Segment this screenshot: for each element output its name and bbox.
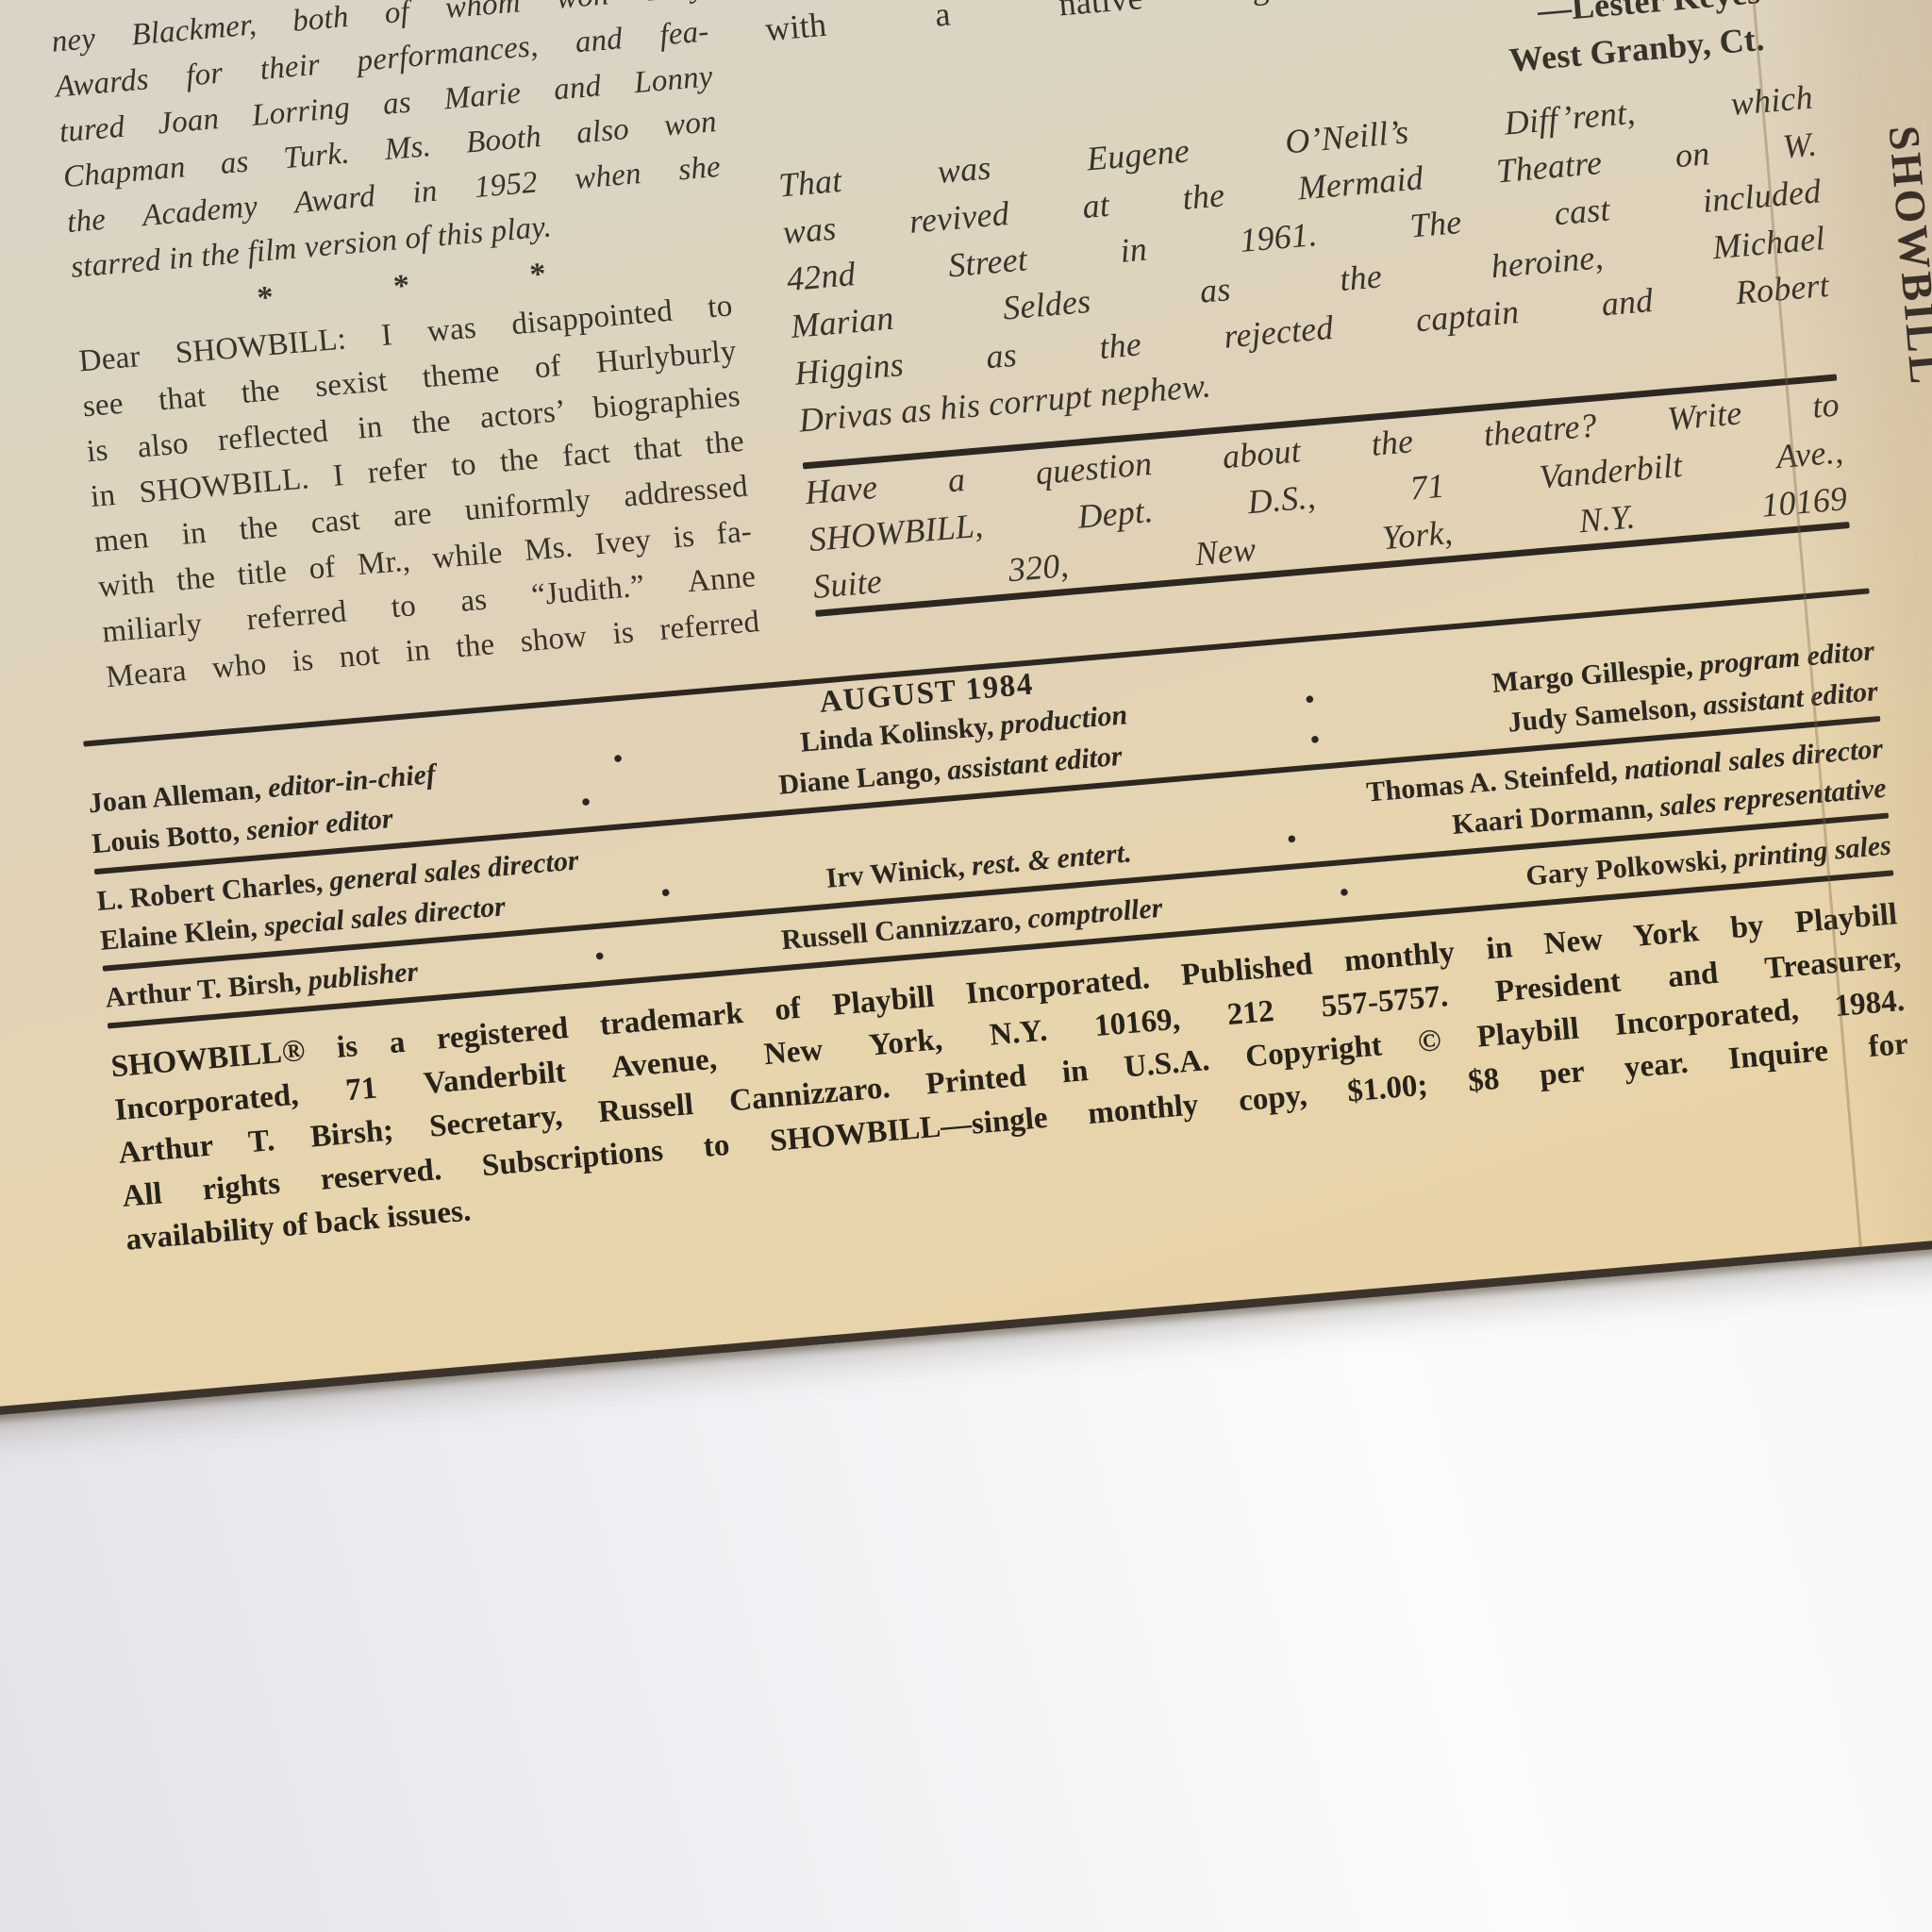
bullet-separator: • (579, 783, 591, 824)
bullet-separator: • (1338, 874, 1350, 914)
bullet-separator: • (1304, 680, 1316, 721)
staff-title: publisher (307, 956, 419, 996)
bullet-separator: • (659, 874, 672, 914)
bullet-separator: • (593, 937, 606, 977)
staff-name: Arthur T. Birsh, (104, 966, 302, 1014)
asterisk: * (256, 274, 275, 324)
bullet-separator: • (1308, 721, 1321, 761)
staff-title: comptroller (1026, 892, 1164, 935)
staff-title: senior editor (245, 803, 394, 846)
staff-name: Gary Polkowski, (1524, 843, 1727, 891)
magazine-page: ney Blackmer, both of whom won Tony Awar… (0, 0, 1932, 1423)
bullet-separator: • (612, 740, 625, 780)
staff-name: Louis Botto, (91, 816, 241, 859)
right-text-column: she discovered with a native girl. Can y… (759, 0, 1850, 617)
staff-name: Irv Winick, (824, 851, 966, 893)
staff-name: Elaine Klein, (99, 912, 258, 957)
asterisk: * (391, 261, 411, 311)
asterisk: * (528, 250, 548, 300)
masthead: AUGUST 1984 Joan Alleman, editor-in-chie… (83, 588, 1913, 1261)
bullet-separator: • (1286, 820, 1298, 860)
staff-title: production (999, 699, 1128, 741)
photo-of-magazine-page: { "page": { "left_column": { "para1_line… (0, 0, 1932, 1932)
left-text-column: ney Blackmer, both of whom won Tony Awar… (50, 0, 761, 700)
